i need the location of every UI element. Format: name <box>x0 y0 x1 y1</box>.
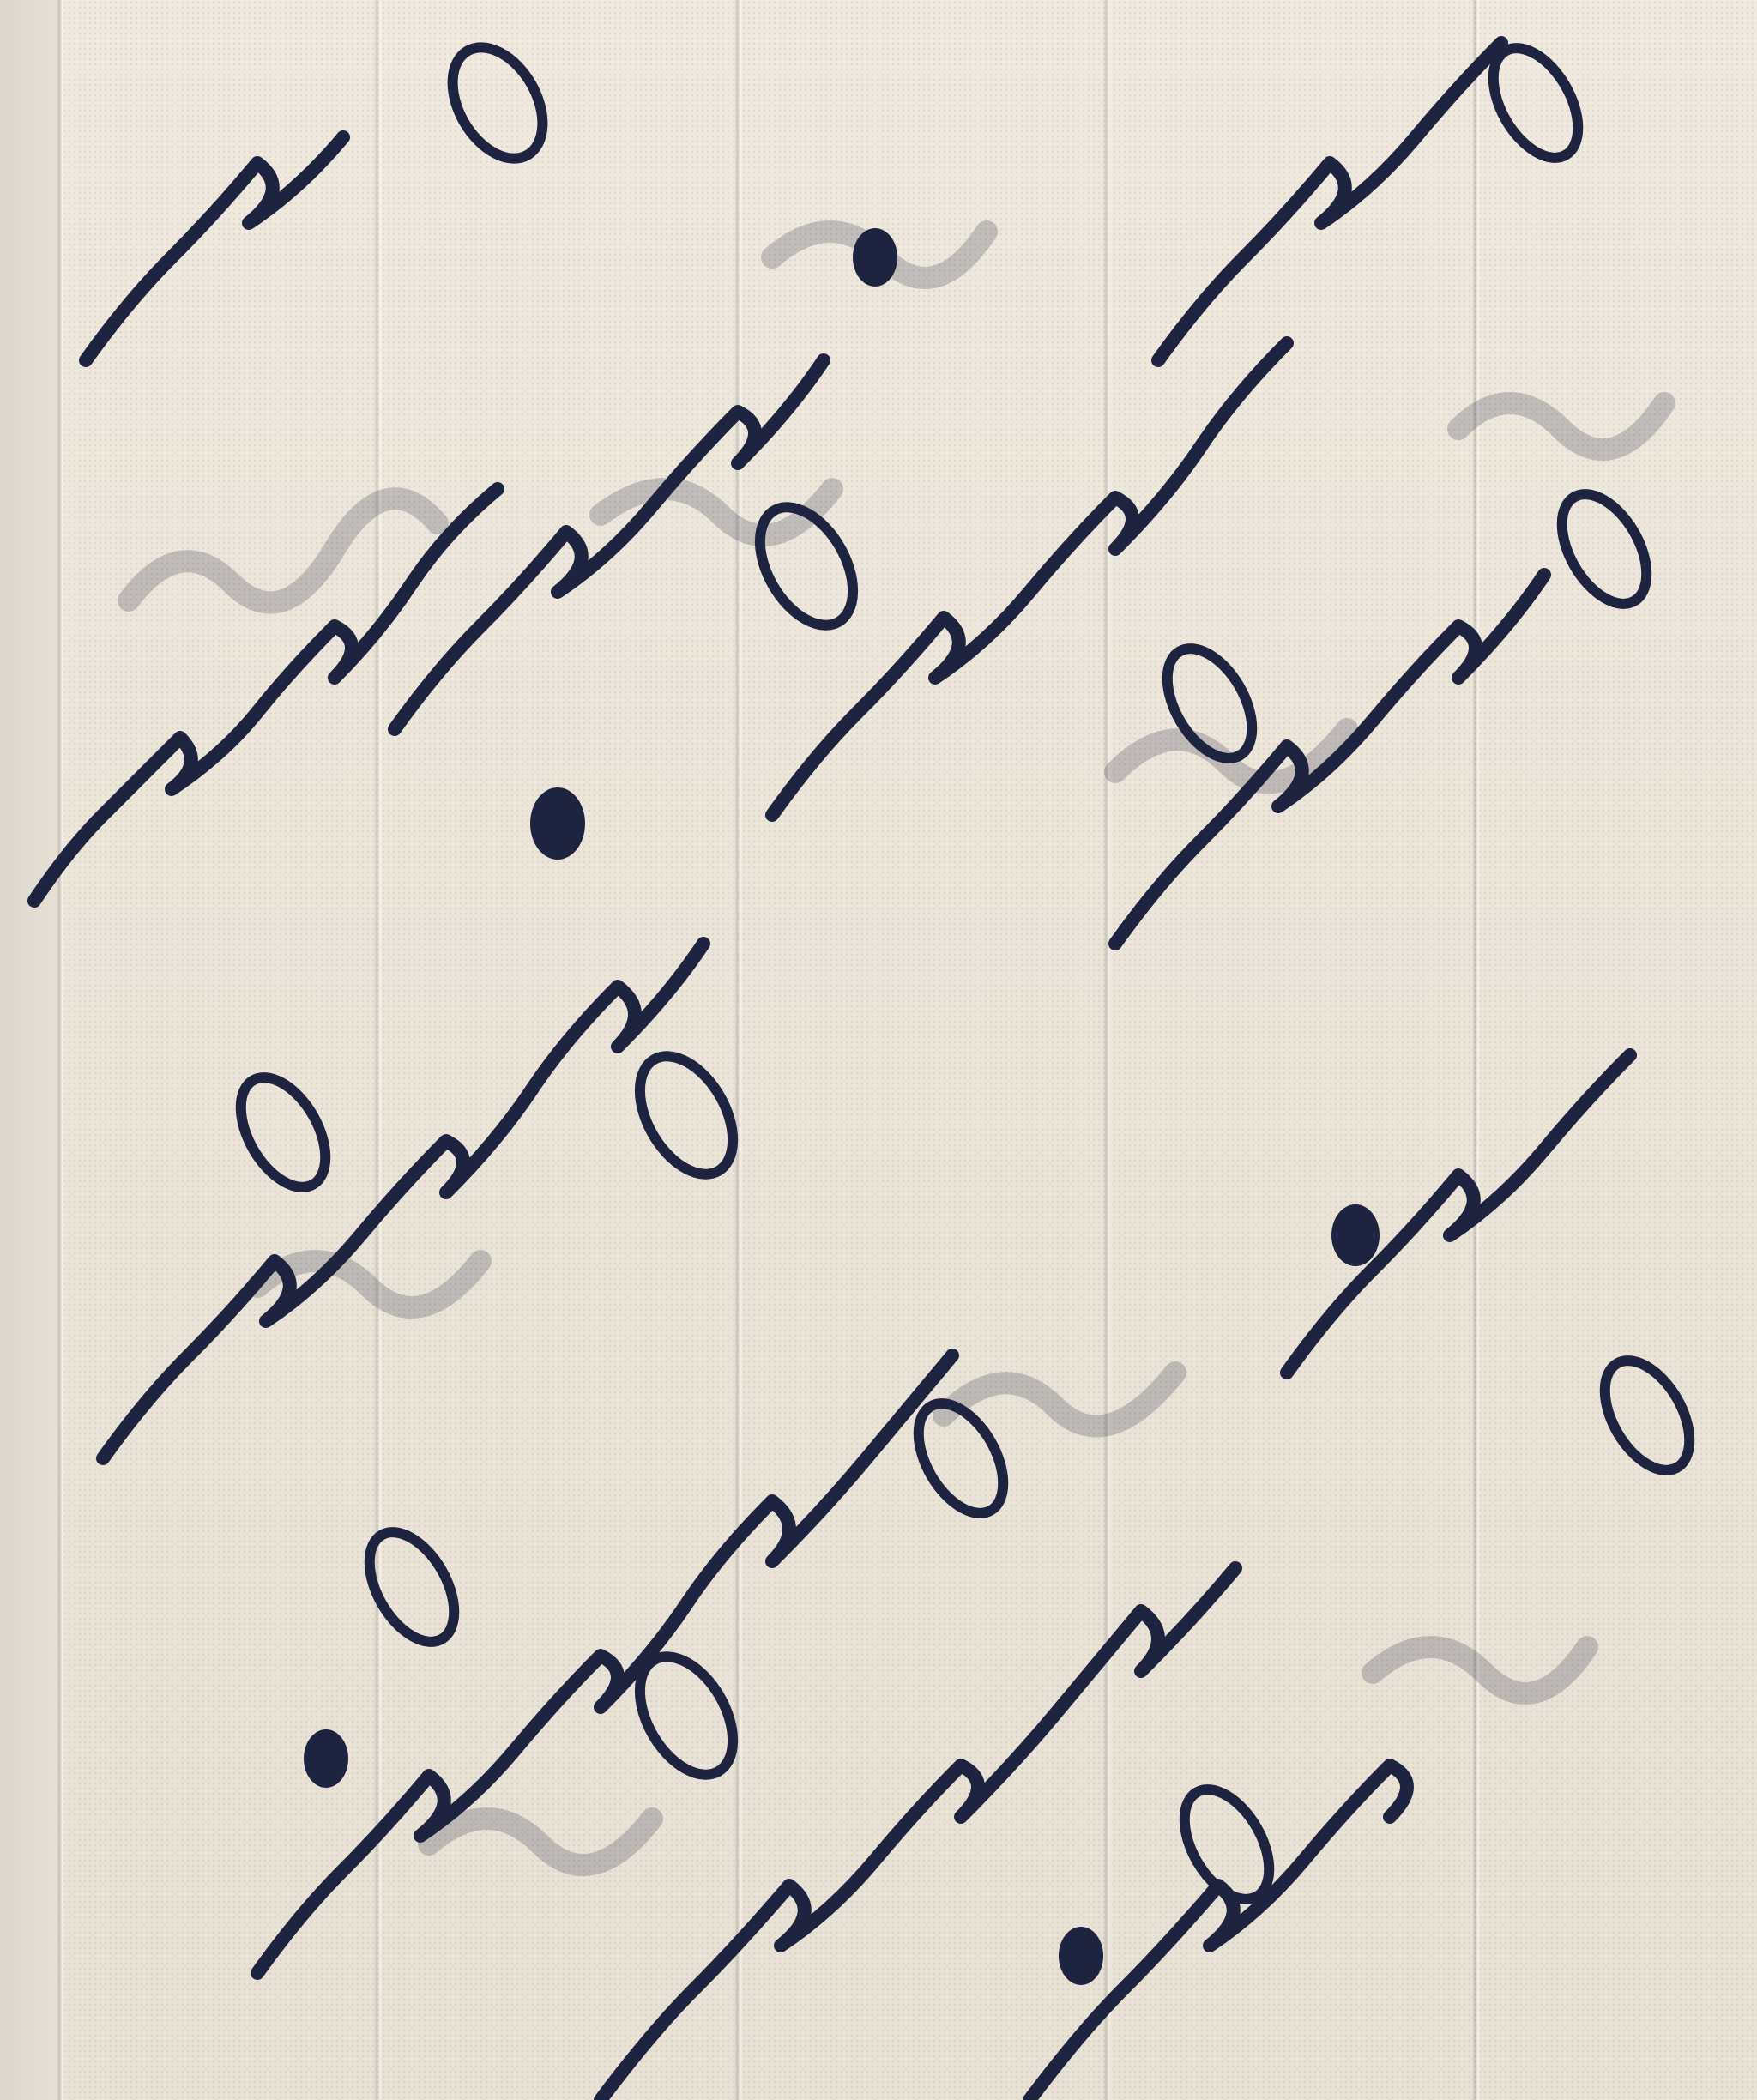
fabric-photo <box>0 0 1757 2100</box>
ghost-print <box>129 232 1664 1865</box>
script-flourishes <box>223 32 1706 1914</box>
script-print-pattern <box>0 0 1757 2100</box>
script-rows <box>34 43 1630 2100</box>
